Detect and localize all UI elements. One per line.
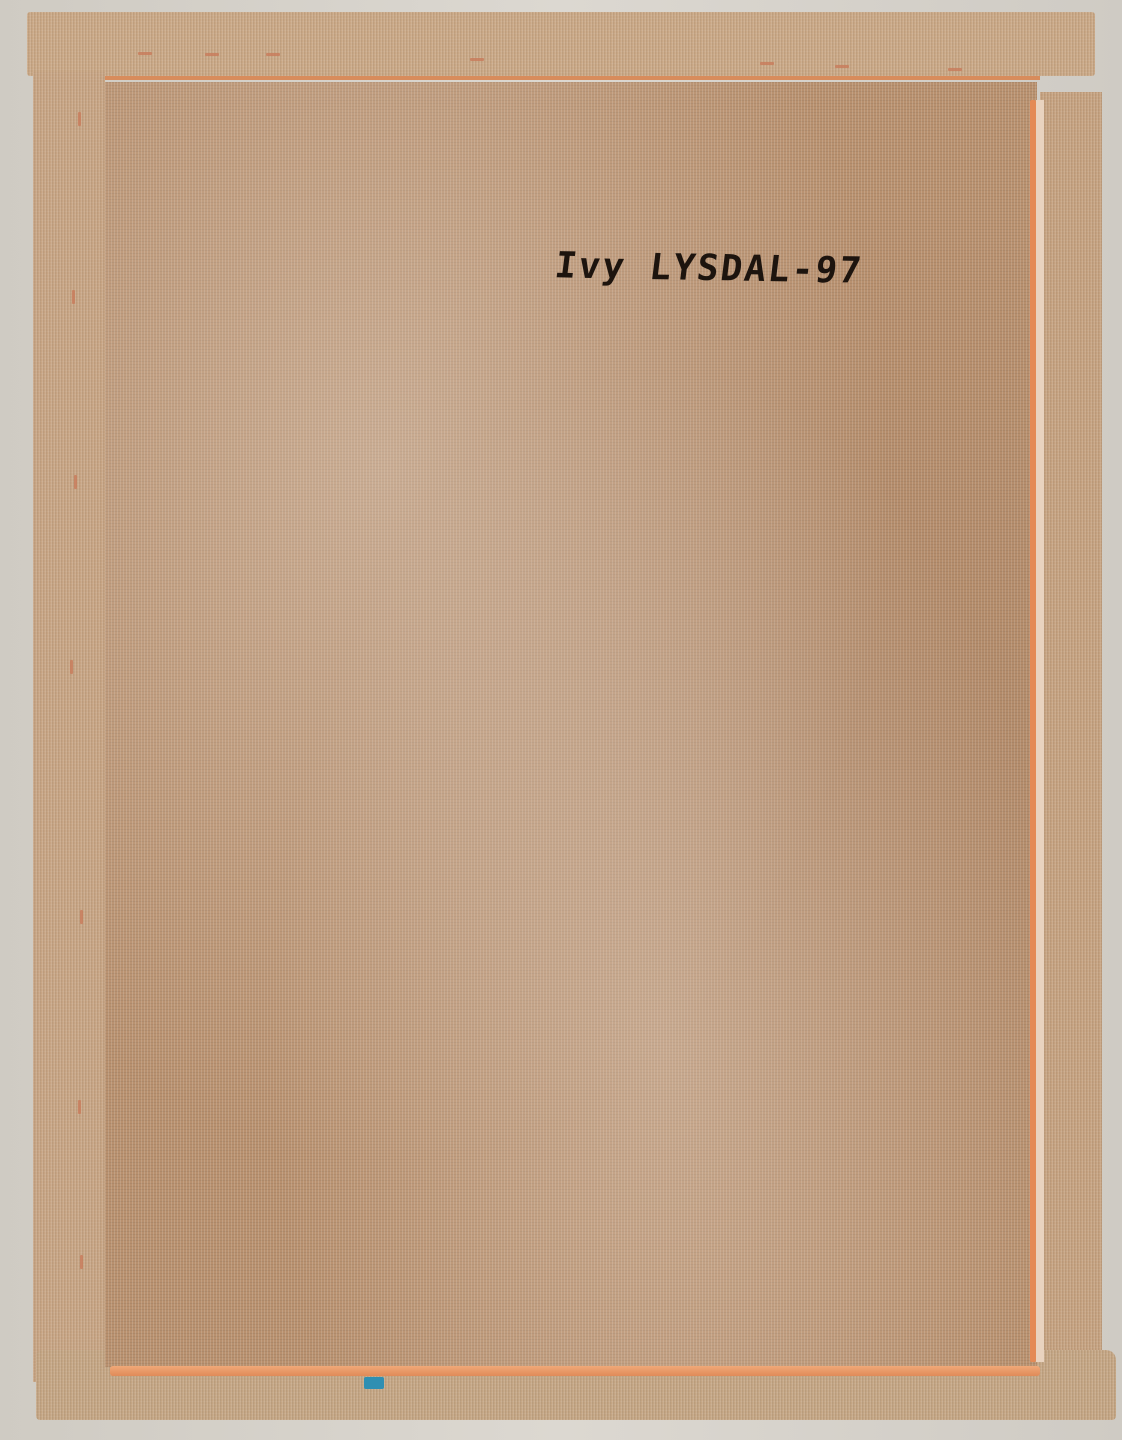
staple <box>266 53 280 56</box>
staple <box>760 62 774 65</box>
stretcher-edge-right-highlight <box>1036 100 1044 1362</box>
artist-signature: Ivy LYSDAL-97 <box>553 245 866 291</box>
staple <box>948 68 962 71</box>
staple <box>74 475 77 489</box>
staple <box>138 52 152 55</box>
stretcher-edge-bottom <box>110 1366 1040 1376</box>
staple <box>78 112 81 126</box>
staple <box>205 53 219 56</box>
staple <box>72 290 75 304</box>
stretcher-left-wrap <box>33 72 105 1382</box>
staple <box>70 660 73 674</box>
staple <box>78 1100 81 1114</box>
staple <box>835 65 849 68</box>
blue-tape-mark <box>364 1377 384 1389</box>
staple <box>80 1255 83 1269</box>
staple <box>80 910 83 924</box>
stretcher-right-wrap <box>1040 92 1102 1372</box>
stretcher-edge-top <box>105 76 1040 80</box>
stretcher-top-wrap <box>27 12 1095 76</box>
staple <box>470 58 484 61</box>
